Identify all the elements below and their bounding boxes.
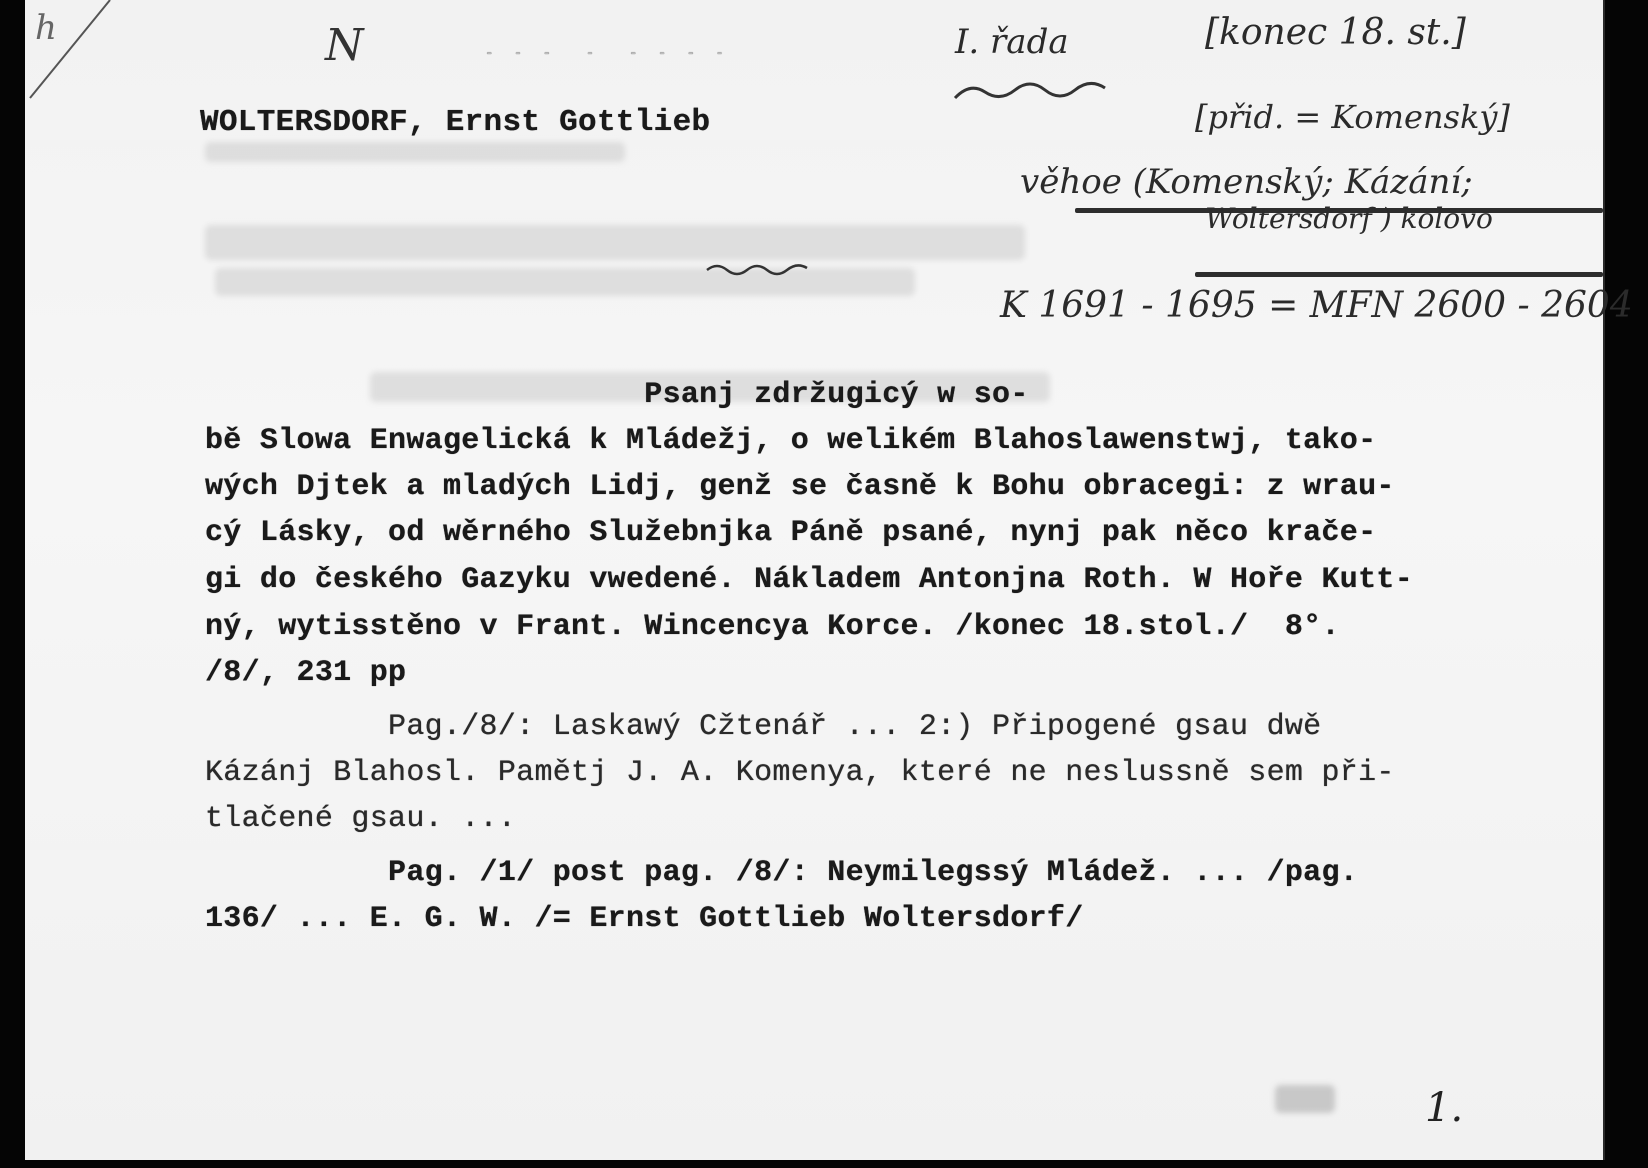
shelf-mark: N — [325, 20, 364, 71]
smudge — [205, 142, 625, 162]
date-note: [konec 18. st.] — [1205, 12, 1466, 53]
body-line: /8/, 231 pp — [205, 656, 406, 690]
body-line: ný, wytisstěno v Frant. Wincencya Korce.… — [205, 610, 1340, 644]
separator-line — [1195, 272, 1603, 277]
body-line: Psanj zdržugicý w so- — [205, 378, 1029, 412]
wavy-mark — [705, 260, 825, 276]
attribution-note: [přid. = Komenský] — [1195, 98, 1510, 136]
body-line: cý Lásky, od wěrného Služebnjka Páně psa… — [205, 516, 1376, 550]
body-line: wých Djtek a mladých Lidj, genž se časně… — [205, 470, 1395, 504]
smudge — [1275, 1085, 1335, 1113]
note-line: 136/ ... E. G. W. /= Ernst Gottlieb Wolt… — [205, 902, 1084, 936]
body-line: gi do českého Gazyku vwedené. Nákladem A… — [205, 563, 1413, 597]
note-line: Kázánj Blahosl. Pamětj J. A. Komenya, kt… — [205, 756, 1395, 790]
main-heading: WOLTERSDORF, Ernst Gottlieb — [200, 105, 710, 140]
erased-line — [205, 225, 1025, 260]
body-line: bě Slowa Enwagelická k Mládežj, o weliké… — [205, 424, 1376, 458]
other-note-line2: Woltersdorf ) kolovo — [1205, 202, 1493, 235]
corner-mark: h — [35, 8, 57, 48]
note-line: tlačené gsau. ... — [205, 802, 516, 836]
note-line: Pag./8/: Laskawý Cžtenář ... 2:) Připoge… — [205, 710, 1321, 744]
catalog-card: h N - - - - - - - - WOLTERSDORF, Ernst G… — [25, 0, 1605, 1160]
wavy-underline — [950, 78, 1110, 104]
reference-note: K 1691 - 1695 = MFN 2600 - 2604 — [1000, 285, 1633, 326]
order-note: I. řada — [955, 22, 1069, 62]
note-line: Pag. /1/ post pag. /8/: Neymilegssý Mlád… — [205, 856, 1358, 890]
erased-text: - - - - - - - - — [485, 46, 730, 62]
other-note-line1: věhoe (Komenský; Kázání; — [1020, 162, 1473, 202]
page-number: 1. — [1425, 1085, 1463, 1131]
